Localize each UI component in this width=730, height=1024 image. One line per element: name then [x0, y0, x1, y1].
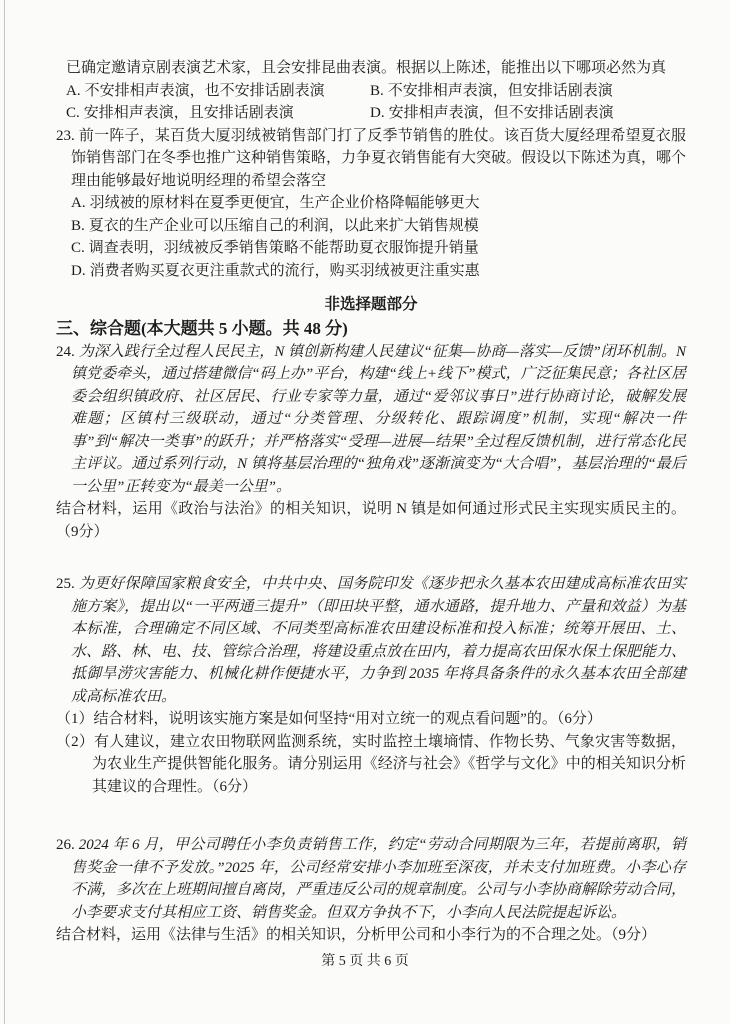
exam-content: 已确定邀请京剧表演艺术家，且会安排昆曲表演。根据以上陈述，能推出以下哪项必然为真…	[56, 57, 686, 947]
q23-option-c-label: C.	[71, 240, 85, 256]
q23-option-c-text: 调查表明，羽绒被反季销售策略不能帮助夏衣服饰提升销量	[89, 240, 479, 256]
q24-material: 24.为深入践行全过程人民民主，N 镇创新构建人民建议“征集—协商—落实—反馈”…	[56, 341, 686, 499]
q22-option-d-label: D.	[370, 105, 385, 121]
scan-edge-line	[4, 0, 5, 1024]
q23-option-d-label: D.	[71, 263, 86, 279]
q23-option-a-text: 羽绒被的原材料在夏季更便宜，生产企业价格降幅能够更大	[90, 195, 480, 211]
q25-number: 25.	[56, 576, 75, 592]
q23-option-b: B.夏衣的生产企业可以压缩自己的利润，以此来扩大销售规模	[71, 215, 686, 238]
q26-material-text: 2024 年 6 月，甲公司聘任小李负责销售工作，约定“劳动合同期限为三年，若提…	[71, 837, 686, 921]
q26-number: 26.	[56, 837, 75, 853]
q22-option-a-text: 不安排相声表演，也不安排话剧表演	[85, 83, 325, 99]
q26-material: 26.2024 年 6 月，甲公司聘任小李负责销售工作，约定“劳动合同期限为三年…	[56, 834, 686, 924]
q26-question: 结合材料，运用《法律与生活》的相关知识，分析甲公司和小李行为的不合理之处。（9分…	[56, 924, 686, 947]
q23-option-c: C.调查表明，羽绒被反季销售策略不能帮助夏衣服饰提升销量	[71, 237, 686, 260]
q22-option-a-label: A.	[66, 83, 81, 99]
q25-material-text: 为更好保障国家粮食安全，中共中央、国务院印发《逐步把永久基本农田建成高标准农田实…	[71, 576, 686, 705]
q23-option-b-label: B.	[71, 218, 85, 234]
section-header: 非选择题部分	[56, 294, 686, 317]
q23-option-a-label: A.	[71, 195, 86, 211]
q22-option-b: B.不安排相声表演，但安排话剧表演	[370, 80, 686, 103]
q23-option-b-text: 夏衣的生产企业可以压缩自己的利润，以此来扩大销售规模	[89, 218, 479, 234]
section-title: 三、综合题(本大题共 5 小题。共 48 分)	[56, 317, 686, 341]
q24-question: 结合材料，运用《政治与法治》的相关知识，说明 N 镇是如何通过形式民主实现实质民…	[56, 498, 686, 543]
q24-material-text: 为深入践行全过程人民民主，N 镇创新构建人民建议“征集—协商—落实—反馈”闭环机…	[71, 344, 686, 495]
q23-option-d-text: 消费者购买夏衣更注重款式的流行，购买羽绒被更注重实惠	[90, 263, 480, 279]
q25-material: 25.为更好保障国家粮食安全，中共中央、国务院印发《逐步把永久基本农田建成高标准…	[56, 573, 686, 708]
q22-option-c-text: 安排相声表演，且安排话剧表演	[84, 105, 294, 121]
q23-option-a: A.羽绒被的原材料在夏季更便宜，生产企业价格降幅能够更大	[71, 192, 686, 215]
q22-option-c: C.安排相声表演，且安排话剧表演	[66, 102, 370, 125]
question-26: 26.2024 年 6 月，甲公司聘任小李负责销售工作，约定“劳动合同期限为三年…	[56, 834, 686, 947]
q22-option-b-label: B.	[370, 83, 384, 99]
q23-number: 23.	[56, 128, 75, 144]
q25-sub-question-2: （2）有人建议，建立农田物联网监测系统，实时监控土壤墒情、作物长势、气象灾害等数…	[56, 731, 686, 799]
q22-option-c-label: C.	[66, 105, 80, 121]
q22-option-d-text: 安排相声表演，但不安排话剧表演	[389, 105, 614, 121]
exam-page: 已确定邀请京剧表演艺术家，且会安排昆曲表演。根据以上陈述，能推出以下哪项必然为真…	[0, 0, 730, 1024]
q22-option-a: A.不安排相声表演，也不安排话剧表演	[66, 80, 370, 103]
q22-option-d: D.安排相声表演，但不安排话剧表演	[370, 102, 686, 125]
q25-sub-question-1: （1）结合材料，说明该实施方案是如何坚持“用对立统一的观点看问题”的。（6分）	[56, 708, 686, 731]
question-23: 23.前一阵子，某百货大厦羽绒被销售部门打了反季节销售的胜仗。该百货大厦经理希望…	[56, 125, 686, 283]
q22-stem-continuation: 已确定邀请京剧表演艺术家，且会安排昆曲表演。根据以上陈述，能推出以下哪项必然为真	[66, 57, 686, 80]
q23-option-d: D.消费者购买夏衣更注重款式的流行，购买羽绒被更注重实惠	[71, 260, 686, 283]
page-footer: 第 5 页 共 6 页	[0, 950, 730, 970]
q23-options: A.羽绒被的原材料在夏季更便宜，生产企业价格降幅能够更大 B.夏衣的生产企业可以…	[71, 192, 686, 282]
q24-number: 24.	[56, 344, 75, 360]
q23-stem: 23.前一阵子，某百货大厦羽绒被销售部门打了反季节销售的胜仗。该百货大厦经理希望…	[56, 125, 686, 193]
question-25: 25.为更好保障国家粮食安全，中共中央、国务院印发《逐步把永久基本农田建成高标准…	[56, 573, 686, 798]
q22-options: A.不安排相声表演，也不安排话剧表演 B.不安排相声表演，但安排话剧表演 C.安…	[66, 80, 686, 125]
q23-stem-text: 前一阵子，某百货大厦羽绒被销售部门打了反季节销售的胜仗。该百货大厦经理希望夏衣服…	[71, 128, 686, 189]
q22-option-b-text: 不安排相声表演，但安排话剧表演	[388, 83, 613, 99]
question-24: 24.为深入践行全过程人民民主，N 镇创新构建人民建议“征集—协商—落实—反馈”…	[56, 341, 686, 544]
